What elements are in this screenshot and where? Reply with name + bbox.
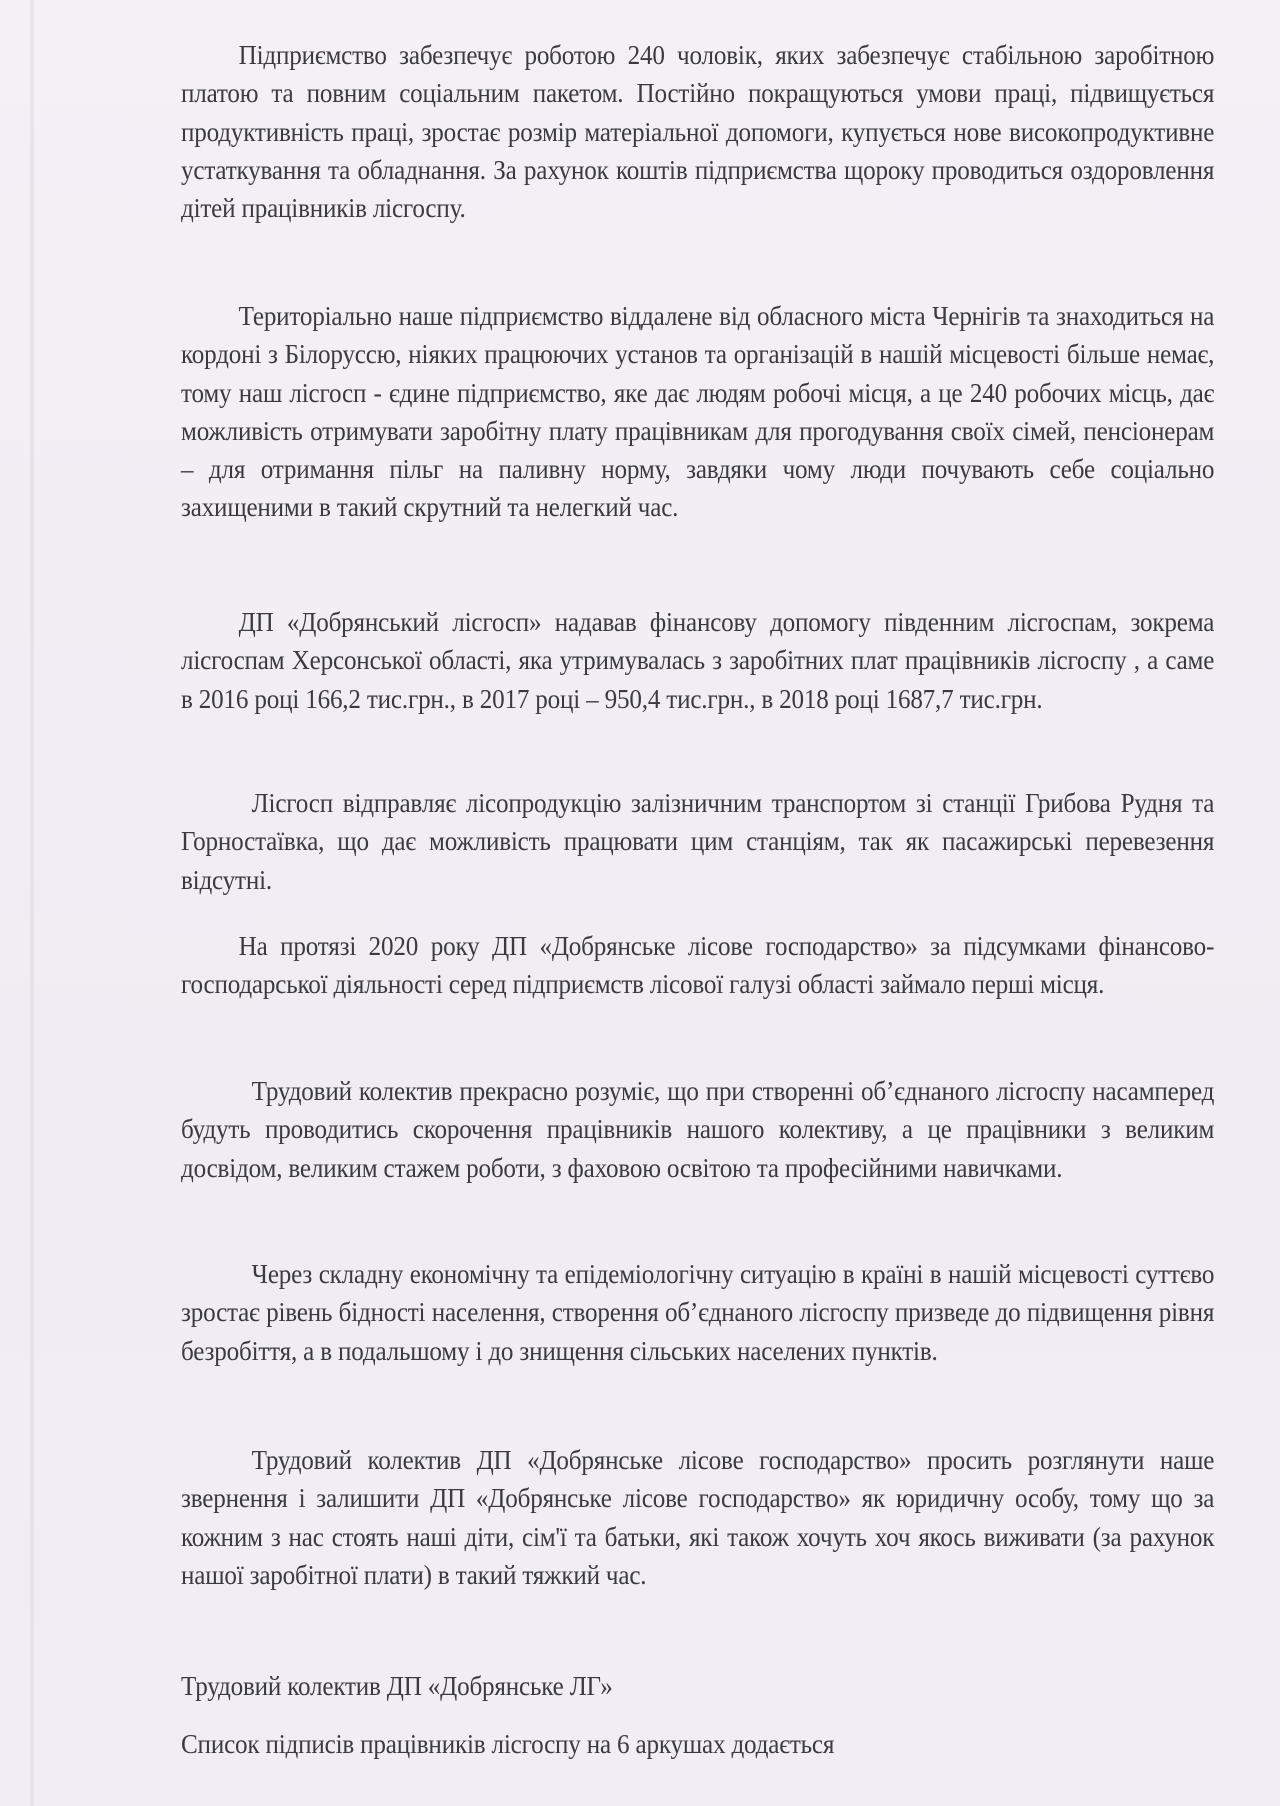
- scanned-page: Підприємство забезпечує роботою 240 чоло…: [0, 0, 1280, 1806]
- paragraph-employment: Підприємство забезпечує роботою 240 чоло…: [181, 36, 1214, 227]
- paragraph-request: Трудовий колектив ДП «Добрянське лісове …: [181, 1441, 1214, 1594]
- paragraph-financial-aid: ДП «Добрянський лісгосп» надавав фінансо…: [181, 603, 1214, 718]
- signature-line: Трудовий колектив ДП «Добрянське ЛГ»: [181, 1667, 1214, 1705]
- paragraph-rail-transport: Лісгосп відправляє лісопродукцію залізни…: [181, 784, 1214, 899]
- paragraph-location: Територіально наше підприємство віддален…: [181, 297, 1214, 527]
- scan-edge-shadow: [30, 0, 34, 1806]
- paragraph-economic-situation: Через складну економічну та епідеміологі…: [181, 1255, 1214, 1370]
- paragraph-staff-reduction: Трудовий колектив прекрасно розуміє, що …: [181, 1072, 1214, 1187]
- paragraph-2020-results: На протязі 2020 року ДП «Добрянське лісо…: [181, 927, 1214, 1004]
- attachment-note: Список підписів працівників лісгоспу на …: [181, 1725, 1214, 1763]
